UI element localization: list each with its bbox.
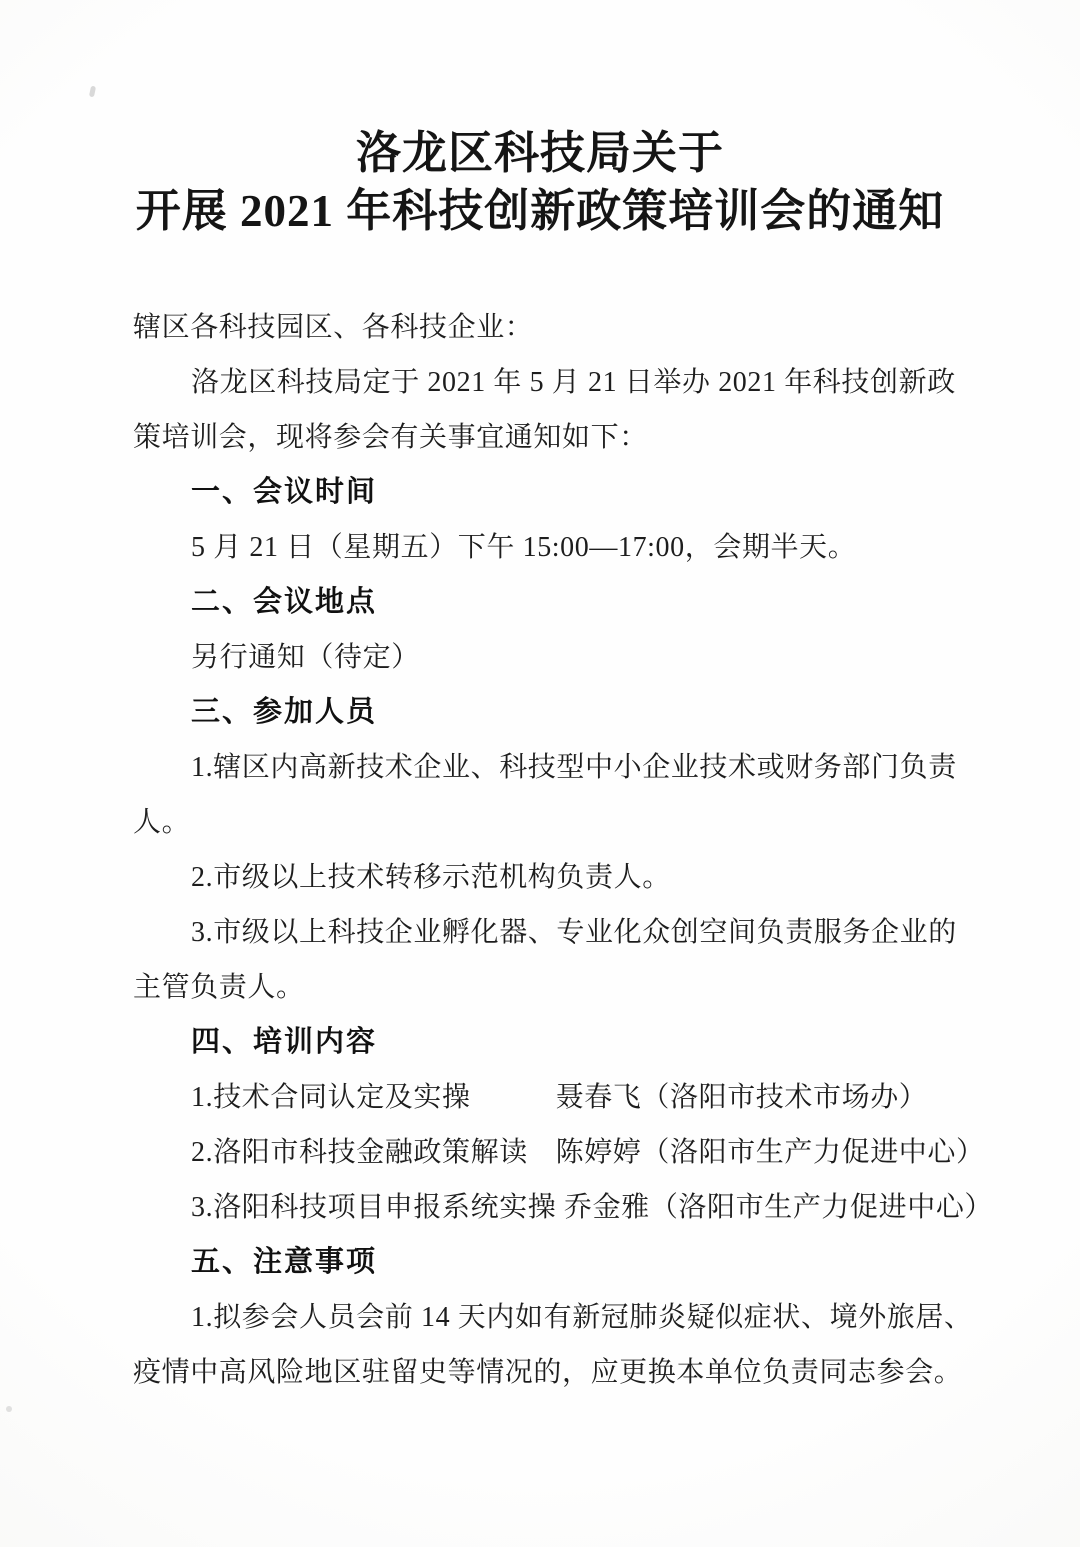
scan-artifact-speck — [89, 86, 96, 98]
section-1-heading: 一、会议时间 — [133, 465, 947, 520]
scanned-notice-page: 洛龙区科技局关于 开展 2021 年科技创新政策培训会的通知 辖区各科技园区、各… — [0, 0, 1080, 1547]
section-5-heading: 五、注意事项 — [133, 1235, 947, 1290]
training-item-3-topic: 3.洛阳科技项目申报系统实操 — [191, 1180, 556, 1235]
section-3-heading: 三、参加人员 — [133, 685, 947, 740]
section-3-item-2: 2.市级以上技术转移示范机构负责人。 — [133, 850, 947, 905]
training-item-2-topic: 2.洛阳市科技金融政策解读 — [191, 1125, 548, 1180]
training-item-1: 1.技术合同认定及实操 聂春飞（洛阳市技术市场办） — [133, 1070, 947, 1125]
training-item-2: 2.洛阳市科技金融政策解读 陈婷婷（洛阳市生产力促进中心） — [133, 1125, 947, 1180]
section-3-item-3-line-1: 3.市级以上科技企业孵化器、专业化众创空间负责服务企业的 — [133, 905, 947, 960]
document-title: 洛龙区科技局关于 开展 2021 年科技创新政策培训会的通知 — [0, 124, 1080, 240]
title-line-2: 开展 2021 年科技创新政策培训会的通知 — [0, 182, 1080, 240]
salutation: 辖区各科技园区、各科技企业： — [133, 300, 947, 355]
intro-paragraph-line-1: 洛龙区科技局定于 2021 年 5 月 21 日举办 2021 年科技创新政 — [133, 355, 947, 410]
training-item-3: 3.洛阳科技项目申报系统实操 乔金雅（洛阳市生产力促进中心） — [133, 1180, 947, 1235]
scan-artifact-speck — [6, 1406, 12, 1412]
section-2-body: 另行通知（待定） — [133, 630, 947, 685]
section-3-item-1-line-2: 人。 — [133, 795, 947, 850]
intro-paragraph-line-2: 策培训会，现将参会有关事宜通知如下： — [133, 410, 947, 465]
training-item-1-topic: 1.技术合同认定及实操 — [191, 1070, 548, 1125]
training-item-1-speaker: 聂春飞（洛阳市技术市场办） — [556, 1070, 928, 1125]
training-item-3-speaker: 乔金雅（洛阳市生产力促进中心） — [564, 1180, 993, 1235]
title-line-1: 洛龙区科技局关于 — [0, 124, 1080, 182]
section-3-item-3-line-2: 主管负责人。 — [133, 960, 947, 1015]
document-body: 辖区各科技园区、各科技企业： 洛龙区科技局定于 2021 年 5 月 21 日举… — [133, 300, 947, 1400]
section-5-item-1-line-1: 1.拟参会人员会前 14 天内如有新冠肺炎疑似症状、境外旅居、 — [133, 1290, 947, 1345]
section-2-heading: 二、会议地点 — [133, 575, 947, 630]
training-item-2-speaker: 陈婷婷（洛阳市生产力促进中心） — [556, 1125, 985, 1180]
section-5-item-1-line-2: 疫情中高风险地区驻留史等情况的，应更换本单位负责同志参会。 — [133, 1345, 947, 1400]
section-3-item-1-line-1: 1.辖区内高新技术企业、科技型中小企业技术或财务部门负责 — [133, 740, 947, 795]
section-4-heading: 四、培训内容 — [133, 1015, 947, 1070]
section-1-body: 5 月 21 日（星期五）下午 15:00—17:00，会期半天。 — [133, 520, 947, 575]
